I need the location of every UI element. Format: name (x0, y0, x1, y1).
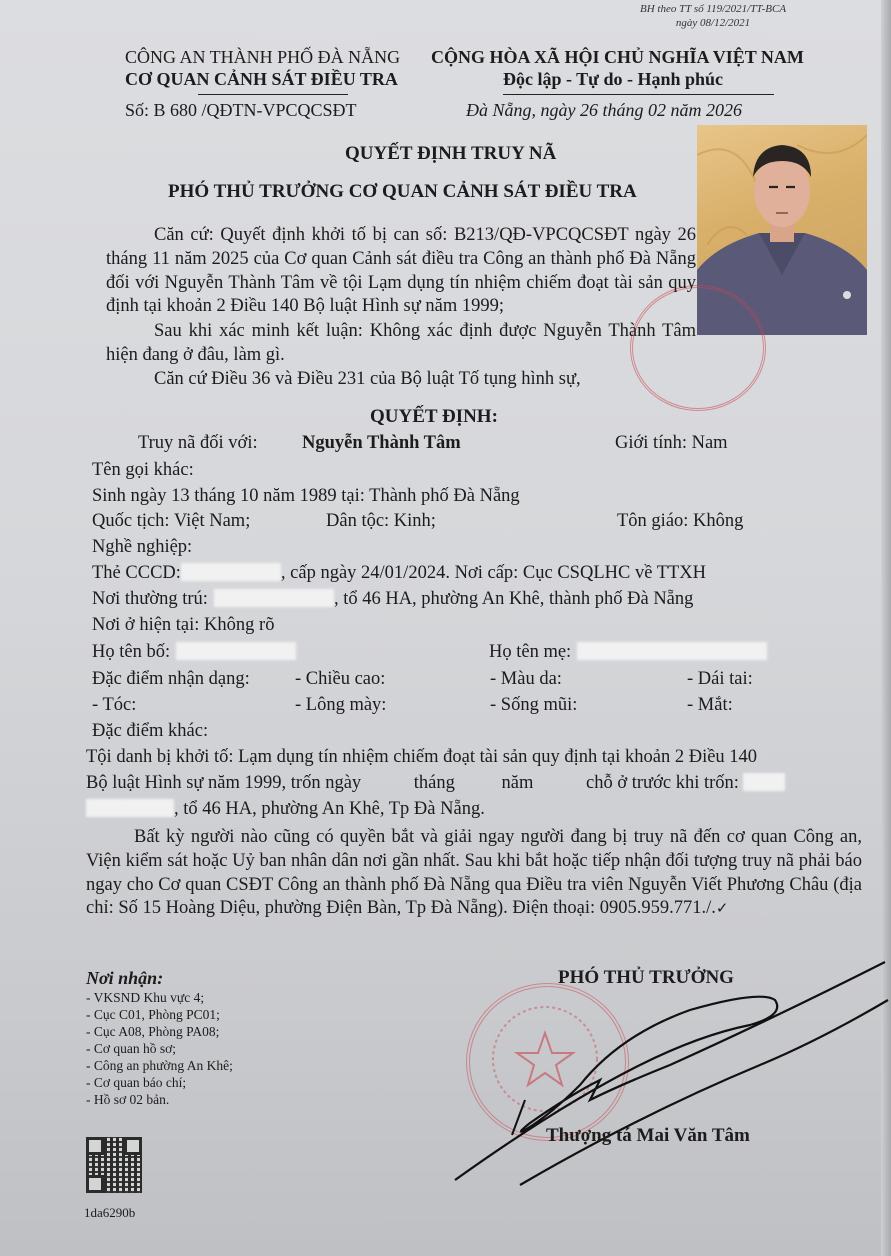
recipient-item: - Công an phường An Khê; (86, 1057, 233, 1074)
form-reference: BH theo TT số 119/2021/TT-BCA ngày 08/12… (640, 2, 786, 30)
wanted-label: Truy nã đối với: (138, 432, 258, 456)
redacted-father-name (176, 642, 296, 660)
residence-label: Nơi thường trú: (92, 589, 208, 609)
nationality: Quốc tịch: Việt Nam; (92, 510, 250, 534)
other-features: Đặc điểm khác: (92, 720, 208, 744)
form-reference-line: ngày 08/12/2021 (640, 16, 786, 30)
recipient-item: - Cơ quan hồ sơ; (86, 1040, 233, 1057)
place-date: Đà Nẵng, ngày 26 tháng 02 năm 2026 (466, 100, 742, 121)
eyes-field: - Mắt: (687, 694, 733, 718)
qr-code-icon (86, 1137, 142, 1193)
recipient-item: - Cơ quan báo chí; (86, 1074, 233, 1091)
recipient-item: - Cục C01, Phòng PC01; (86, 1006, 233, 1023)
mother-label: Họ tên mẹ: (489, 642, 571, 662)
redacted-address (214, 589, 334, 607)
father-name: Họ tên bố: (92, 641, 296, 665)
eyebrows-field: - Lông mày: (295, 694, 386, 718)
escape-date-label: Bộ luật Hình sự năm 1999, trốn ngày (86, 773, 361, 793)
birth-info: Sinh ngày 13 tháng 10 năm 1989 tại: Thàn… (92, 485, 520, 509)
prior-residence-label: chỗ ở trước khi trốn: (586, 773, 739, 793)
suspect-name: Nguyễn Thành Tâm (302, 432, 461, 456)
legal-article-paragraph: Căn cứ Điều 36 và Điều 231 của Bộ luật T… (106, 368, 696, 392)
initials-mark-icon: ✓ (716, 899, 729, 917)
recipients-block: Nơi nhận: - VKSND Khu vực 4; - Cục C01, … (86, 968, 233, 1108)
ethnicity: Dân tộc: Kinh; (326, 510, 436, 534)
decision-heading: QUYẾT ĐỊNH: (370, 406, 498, 428)
document-number: Số: B 680 /QĐTN-VPCQCSĐT (125, 100, 357, 121)
id-card-issue: , cấp ngày 24/01/2024. Nơi cấp: Cục CSQL… (281, 563, 706, 583)
redacted-id-number (181, 563, 281, 581)
recipient-item: - VKSND Khu vực 4; (86, 989, 233, 1006)
gender: Giới tính: Nam (615, 432, 728, 456)
identifying-features-label: Đặc điểm nhận dạng: (92, 668, 250, 692)
redacted-mother-name (577, 642, 767, 660)
father-label: Họ tên bố: (92, 642, 170, 662)
permanent-residence: Nơi thường trú:, tổ 46 HA, phường An Khê… (92, 588, 693, 612)
mother-name: Họ tên mẹ: (489, 641, 767, 665)
country-name: CỘNG HÒA XÃ HỘI CHỦ NGHĨA VIỆT NAM (431, 47, 804, 68)
redacted-prior-address (86, 799, 174, 817)
divider (198, 94, 348, 95)
arrest-notice: Bất kỳ người nào cũng có quyền bắt và gi… (86, 826, 862, 921)
charge-line-2: Bộ luật Hình sự năm 1999, trốn ngày thán… (86, 772, 785, 796)
nose-field: - Sống mũi: (490, 694, 577, 718)
charge-line-3: , tổ 46 HA, phường An Khê, Tp Đà Nẵng. (86, 798, 485, 822)
recipients-heading: Nơi nhận: (86, 968, 233, 989)
escape-year-label: năm (502, 773, 534, 793)
religion: Tôn giáo: Không (617, 510, 743, 534)
prior-address-rest: , tổ 46 HA, phường An Khê, Tp Đà Nẵng. (174, 799, 485, 819)
signer-name: Thượng tá Mai Văn Tâm (546, 1125, 750, 1147)
recipient-item: - Hồ sơ 02 bản. (86, 1091, 233, 1108)
form-reference-line: BH theo TT số 119/2021/TT-BCA (640, 2, 786, 16)
redacted-prior-address (743, 773, 785, 791)
escape-month-label: tháng (414, 773, 455, 793)
department-name: CƠ QUAN CẢNH SÁT ĐIỀU TRA (125, 69, 398, 90)
occupation: Nghề nghiệp: (92, 536, 192, 560)
legal-basis-paragraph: Căn cứ: Quyết định khởi tố bị can số: B2… (106, 224, 696, 319)
hair-field: - Tóc: (92, 694, 136, 718)
signature-icon (440, 955, 891, 1195)
charge-line-1: Tội danh bị khởi tố: Lạm dụng tín nhiệm … (86, 746, 757, 770)
arrest-notice-text: Bất kỳ người nào cũng có quyền bắt và gi… (86, 827, 862, 918)
earlobe-field: - Dái tai: (687, 668, 753, 692)
current-residence: Nơi ở hiện tại: Không rõ (92, 614, 274, 638)
recipients-list: - VKSND Khu vực 4; - Cục C01, Phòng PC01… (86, 989, 233, 1108)
issuer-title: PHÓ THỦ TRƯỞNG CƠ QUAN CẢNH SÁT ĐIỀU TRA (168, 181, 637, 203)
alias: Tên gọi khác: (92, 459, 194, 483)
verification-paragraph: Sau khi xác minh kết luận: Không xác địn… (106, 320, 696, 368)
skin-field: - Màu da: (490, 668, 562, 692)
id-card-label: Thẻ CCCD: (92, 563, 181, 583)
document-title: QUYẾT ĐỊNH TRUY NÃ (345, 143, 556, 165)
qr-code-label: 1da6290b (84, 1205, 135, 1221)
recipient-item: - Cục A08, Phòng PA08; (86, 1023, 233, 1040)
agency-name: CÔNG AN THÀNH PHỐ ĐÀ NẴNG (125, 47, 400, 68)
residence-rest: , tổ 46 HA, phường An Khê, thành phố Đà … (334, 589, 693, 609)
national-motto: Độc lập - Tự do - Hạnh phúc (503, 69, 723, 90)
divider (503, 94, 774, 95)
height-field: - Chiều cao: (295, 668, 385, 692)
id-card-line: Thẻ CCCD:, cấp ngày 24/01/2024. Nơi cấp:… (92, 562, 706, 586)
